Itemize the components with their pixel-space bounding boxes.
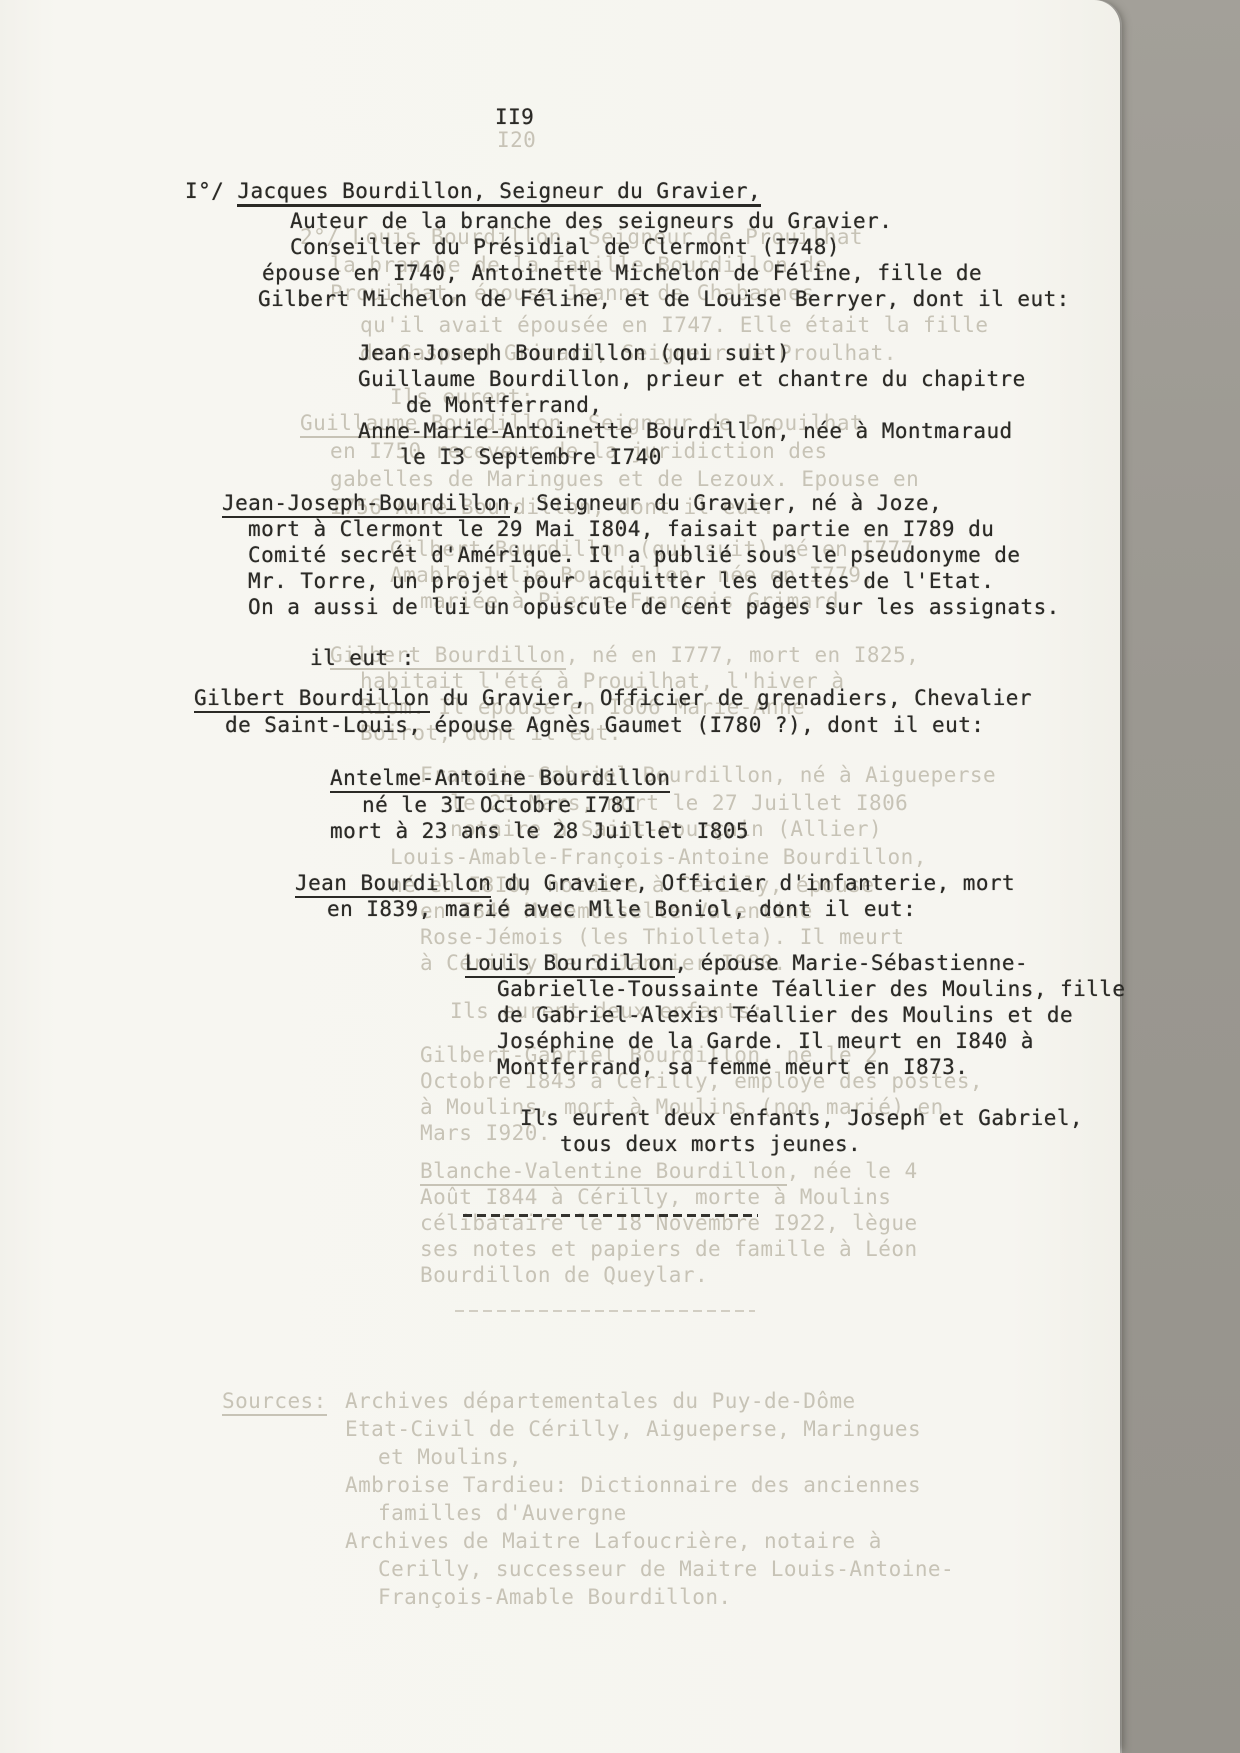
- plain-text: , Seigneur du Gravier, né à Joze,: [510, 491, 942, 515]
- plain-text: Mr. Torre, un projet pour acquitter les …: [248, 569, 994, 593]
- text-line: né le 3I Octobre I78I: [362, 792, 637, 818]
- text-line: mort à 23 ans le 28 Juillet I805: [330, 818, 749, 844]
- ghost-line: Sources:: [222, 1388, 327, 1414]
- ghost-divider-rule: [455, 1310, 755, 1312]
- text-line: Montferrand, sa femme meurt en I873.: [497, 1054, 968, 1080]
- plain-text: Archives départementales du Puy-de-Dôme: [345, 1389, 856, 1413]
- text-line: Antelme-Antoine Bourdillon: [330, 765, 670, 791]
- plain-text: épouse en I740, Antoinette Michelon de F…: [262, 261, 982, 285]
- ghost-line: Gilbert Bourdillon, né en I777, mort en …: [330, 642, 919, 668]
- plain-text: en I839, marié avec Mlle Boniol, dont il…: [327, 897, 916, 921]
- plain-text: ses notes et papiers de famille à Léon: [420, 1237, 918, 1261]
- page-number: II9: [495, 104, 534, 130]
- text-line: Jean-Joseph-Bourdillon, Seigneur du Grav…: [222, 490, 942, 516]
- plain-text: Guillaume Bourdillon, prieur et chantre …: [358, 367, 1026, 391]
- text-line: Comité secrét d'Amérique. Il a publié so…: [248, 542, 1021, 568]
- ghost-line: Blanche-Valentine Bourdillon, née le 4: [420, 1158, 918, 1184]
- underlined-text: Blanche-Valentine Bourdillon: [420, 1159, 787, 1186]
- underlined-text: Jean Bourdillon: [295, 871, 491, 898]
- plain-text: le I3 Septembre I740: [400, 445, 662, 469]
- plain-text: il eut :: [310, 646, 415, 670]
- plain-text: de Montferrand,: [406, 393, 602, 417]
- text-line: On a aussi de lui un opuscule de cent pa…: [248, 594, 1060, 620]
- ghost-line: ses notes et papiers de famille à Léon: [420, 1236, 918, 1262]
- ghost-line: Etat-Civil de Cérilly, Aigueperse, Marin…: [345, 1416, 921, 1442]
- plain-text: du Gravier, Officier de grenadiers, Chev…: [430, 686, 1032, 710]
- plain-text: familles d'Auvergne: [378, 1501, 627, 1525]
- text-line: Gilbert Bourdillon du Gravier, Officier …: [194, 685, 1032, 711]
- ghost-line: Louis-Amable-François-Antoine Bourdillon…: [390, 844, 927, 870]
- text-line: mort à Clermont le 29 Mai I804, faisait …: [248, 516, 994, 542]
- underlined-text: Louis Bourdillon: [465, 951, 675, 978]
- text-line: Gabrielle-Toussainte Téallier des Moulin…: [497, 976, 1125, 1002]
- plain-text: Etat-Civil de Cérilly, Aigueperse, Marin…: [345, 1417, 921, 1441]
- plain-text: , né en I777, mort en I825,: [566, 643, 920, 667]
- text-line: I°/ Jacques Bourdillon, Seigneur du Grav…: [185, 178, 761, 204]
- ghost-line: Ambroise Tardieu: Dictionnaire des ancie…: [345, 1472, 921, 1498]
- text-line: épouse en I740, Antoinette Michelon de F…: [262, 260, 982, 286]
- typed-divider-rule: [463, 1214, 758, 1217]
- plain-text: Conseiller du Présidial de Clermont (I74…: [290, 235, 840, 259]
- scanner-edge-strip: [1120, 0, 1240, 1753]
- plain-text: Anne-Marie-Antoinette Bourdillon, née à …: [358, 419, 1013, 443]
- plain-text: Archives de Maitre Lafoucrière, notaire …: [345, 1529, 882, 1553]
- plain-text: Bourdillon de Queylar.: [420, 1263, 708, 1287]
- plain-text: I20: [497, 128, 536, 152]
- ghost-line: François-Amable Bourdillon.: [378, 1584, 732, 1610]
- text-line: Conseiller du Présidial de Clermont (I74…: [290, 234, 840, 260]
- ghost-line: Cerilly, successeur de Maitre Louis-Anto…: [378, 1556, 954, 1582]
- ghost-line: Bourdillon de Queylar.: [420, 1262, 708, 1288]
- ghost-line: I20: [497, 127, 536, 153]
- plain-text: Joséphine de la Garde. Il meurt en I840 …: [497, 1029, 1034, 1053]
- plain-text: Ils eurent deux enfants, Joseph et Gabri…: [520, 1106, 1083, 1130]
- text-line: Jean Bourdillon du Gravier, Officier d'i…: [295, 870, 1015, 896]
- plain-text: de Saint-Louis, épouse Agnès Gaumet (I78…: [225, 713, 984, 737]
- text-line: Jean-Joseph Bourdillon (qui suit): [358, 340, 790, 366]
- underlined-text: Sources:: [222, 1389, 327, 1416]
- plain-text: Comité secrét d'Amérique. Il a publié so…: [248, 543, 1021, 567]
- plain-text: tous deux morts jeunes.: [560, 1132, 861, 1156]
- text-line: Anne-Marie-Antoinette Bourdillon, née à …: [358, 418, 1013, 444]
- plain-text: , épouse Marie-Sébastienne-: [675, 951, 1029, 975]
- plain-text: François-Amable Bourdillon.: [378, 1585, 732, 1609]
- plain-text: Rose-Jémois (les Thiolleta). Il meurt: [420, 925, 904, 949]
- underlined-text: Antelme-Antoine Bourdillon: [330, 766, 670, 793]
- text-line: de Gabriel-Alexis Téallier des Moulins e…: [497, 1002, 1073, 1028]
- text-line: tous deux morts jeunes.: [560, 1131, 861, 1157]
- underlined-text: Jean-Joseph-Bourdillon: [222, 491, 510, 518]
- plain-text: Août I844 à Cérilly, morte à Moulins: [420, 1185, 891, 1209]
- text-line: de Montferrand,: [406, 392, 602, 418]
- plain-text: qu'il avait épousée en I747. Elle était …: [360, 313, 988, 337]
- plain-text: de Gabriel-Alexis Téallier des Moulins e…: [497, 1003, 1073, 1027]
- text-line: Mr. Torre, un projet pour acquitter les …: [248, 568, 994, 594]
- underlined-text: Gilbert Bourdillon: [194, 686, 430, 713]
- plain-text: Montferrand, sa femme meurt en I873.: [497, 1055, 968, 1079]
- ghost-line: qu'il avait épousée en I747. Elle était …: [360, 312, 988, 338]
- plain-text: né le 3I Octobre I78I: [362, 793, 637, 817]
- plain-text: , née le 4: [787, 1159, 918, 1183]
- ghost-line: Archives départementales du Puy-de-Dôme: [345, 1388, 856, 1414]
- document-page: I202°/ Louis Bourdillon, Seigneur de Pro…: [0, 0, 1120, 1753]
- plain-text: Jean-Joseph Bourdillon (qui suit): [358, 341, 790, 365]
- plain-text: Auteur de la branche des seigneurs du Gr…: [290, 209, 892, 233]
- plain-text: Gabrielle-Toussainte Téallier des Moulin…: [497, 977, 1125, 1001]
- text-line: le I3 Septembre I740: [400, 444, 662, 470]
- text-line: en I839, marié avec Mlle Boniol, dont il…: [327, 896, 916, 922]
- text-line: Louis Bourdillon, épouse Marie-Sébastien…: [465, 950, 1028, 976]
- ghost-line: et Moulins,: [378, 1444, 522, 1470]
- plain-text: On a aussi de lui un opuscule de cent pa…: [248, 595, 1060, 619]
- text-line: Gilbert Michelon de Féline, et de Louise…: [258, 286, 1070, 312]
- plain-text: Louis-Amable-François-Antoine Bourdillon…: [390, 845, 927, 869]
- ghost-line: Archives de Maitre Lafoucrière, notaire …: [345, 1528, 882, 1554]
- text-line: il eut :: [310, 645, 415, 671]
- scanned-document-view: { "meta": { "width": 1240, "height": 175…: [0, 0, 1240, 1753]
- text-line: Joséphine de la Garde. Il meurt en I840 …: [497, 1028, 1034, 1054]
- plain-text: Cerilly, successeur de Maitre Louis-Anto…: [378, 1557, 954, 1581]
- plain-text: gabelles de Maringues et de Lezoux. Epou…: [330, 467, 919, 491]
- plain-text: Gilbert Michelon de Féline, et de Louise…: [258, 287, 1070, 311]
- plain-text: mort à 23 ans le 28 Juillet I805: [330, 819, 749, 843]
- underlined-text: Jacques Bourdillon, Seigneur du Gravier,: [237, 179, 761, 207]
- plain-text: et Moulins,: [378, 1445, 522, 1469]
- plain-text: I°/: [185, 179, 237, 203]
- text-line: Guillaume Bourdillon, prieur et chantre …: [358, 366, 1026, 392]
- plain-text: mort à Clermont le 29 Mai I804, faisait …: [248, 517, 994, 541]
- text-line: de Saint-Louis, épouse Agnès Gaumet (I78…: [225, 712, 984, 738]
- ghost-line: Août I844 à Cérilly, morte à Moulins: [420, 1184, 891, 1210]
- ghost-line: Rose-Jémois (les Thiolleta). Il meurt: [420, 924, 904, 950]
- text-line: Ils eurent deux enfants, Joseph et Gabri…: [520, 1105, 1083, 1131]
- plain-text: Ambroise Tardieu: Dictionnaire des ancie…: [345, 1473, 921, 1497]
- plain-text: du Gravier, Officier d'infanterie, mort: [491, 871, 1015, 895]
- text-line: Auteur de la branche des seigneurs du Gr…: [290, 208, 892, 234]
- ghost-line: familles d'Auvergne: [378, 1500, 627, 1526]
